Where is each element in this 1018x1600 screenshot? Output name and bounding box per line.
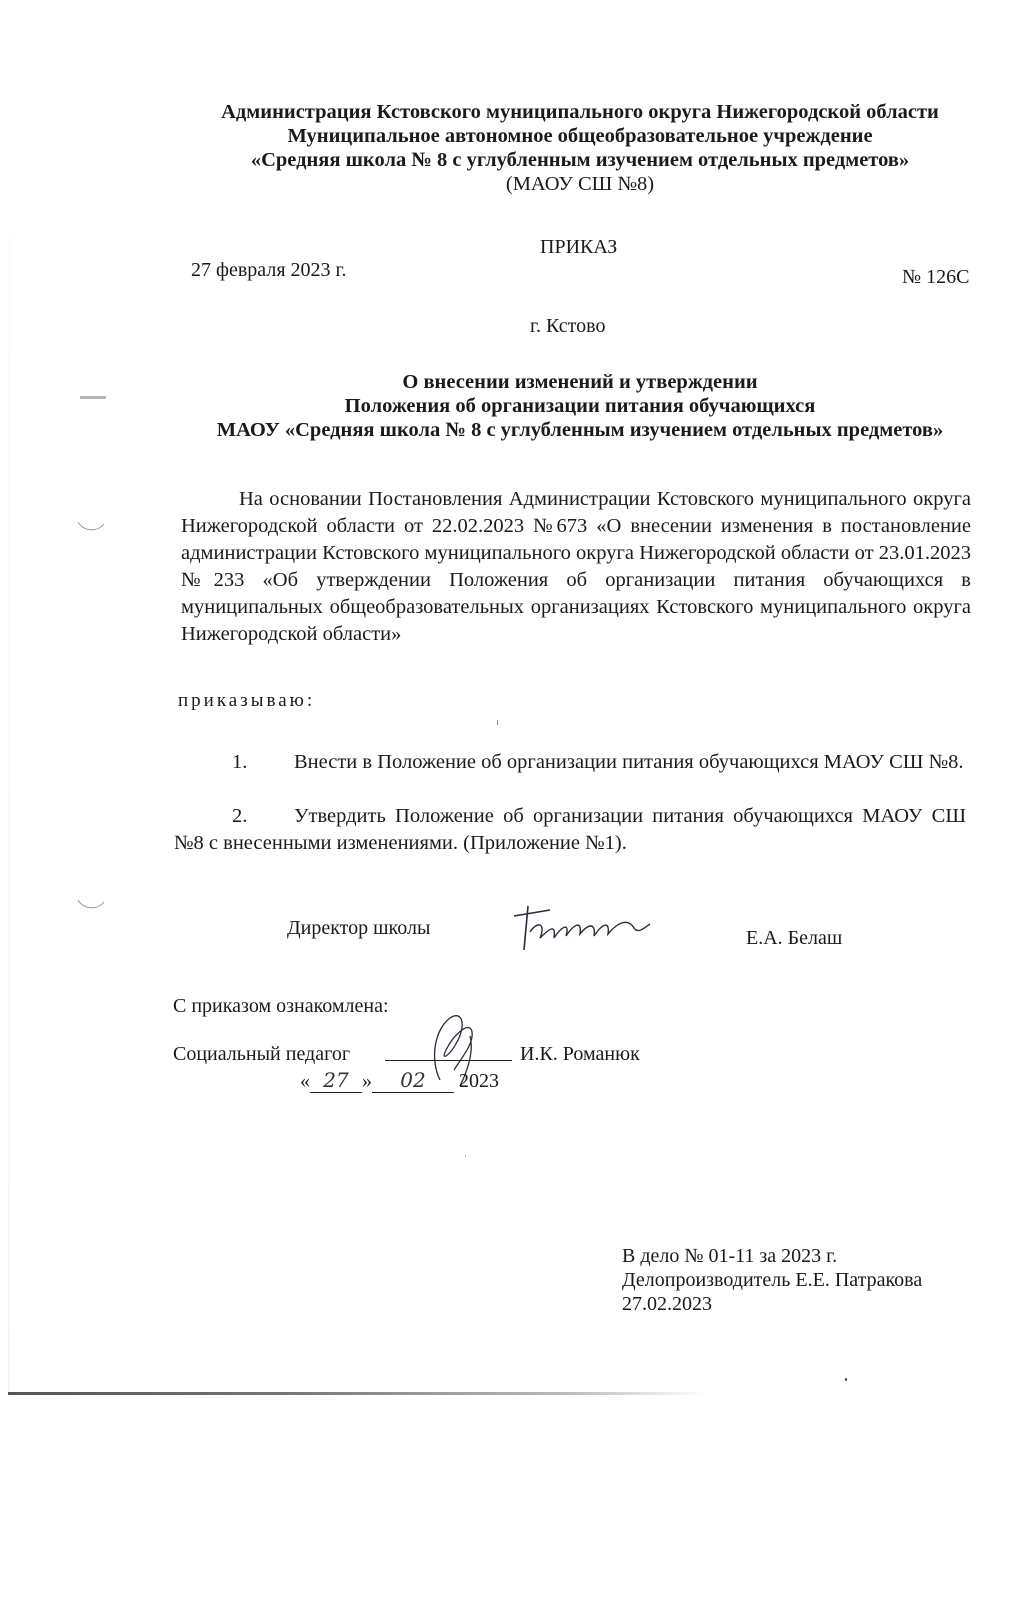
- header-line-administration: Администрация Кстовского муниципального …: [180, 100, 980, 124]
- date-year: 2023: [459, 1070, 499, 1092]
- filing-clerk: Делопроизводитель Е.Е. Патракова: [622, 1268, 922, 1292]
- filing-note: В дело № 01-11 за 2023 г. Делопроизводит…: [622, 1244, 922, 1316]
- command-word: приказываю:: [178, 690, 315, 712]
- director-name: Е.А. Белаш: [746, 927, 842, 950]
- item-number: 2.: [232, 803, 294, 830]
- subject-line-3: МАОУ «Средняя школа № 8 с углубленным из…: [170, 418, 990, 442]
- date-close-quote: »: [362, 1070, 372, 1092]
- order-subject: О внесении изменений и утверждении Полож…: [170, 370, 990, 442]
- date-month: 02: [372, 1068, 454, 1093]
- order-item: 1.Внести в Положение об организации пита…: [174, 749, 966, 776]
- header-abbreviation: (МАОУ СШ №8): [180, 172, 980, 196]
- order-city: г. Кстово: [530, 315, 605, 338]
- pedagogue-signature-date: «27»02 2023: [300, 1068, 499, 1093]
- date-day: 27: [310, 1068, 362, 1093]
- acknowledgement-label: С приказом ознакомлена:: [173, 995, 389, 1018]
- filing-case-number: В дело № 01-11 за 2023 г.: [622, 1244, 922, 1268]
- organization-header: Администрация Кстовского муниципального …: [180, 100, 980, 196]
- item-text: Внести в Положение об организации питани…: [294, 751, 964, 773]
- order-number: № 126С: [902, 266, 969, 289]
- filing-date: 27.02.2023: [622, 1292, 922, 1316]
- pedagogue-label: Социальный педагог: [173, 1043, 350, 1066]
- scan-speck: [497, 720, 498, 725]
- hole-punch-mark-icon: [76, 898, 106, 912]
- item-number: 1.: [232, 749, 294, 776]
- margin-smudge: [80, 396, 106, 399]
- hole-punch-mark-icon: [76, 520, 106, 534]
- page-edge-left: [8, 0, 10, 1395]
- basis-paragraph: На основании Постановления Администрации…: [181, 486, 971, 648]
- subject-line-2: Положения об организации питания обучающ…: [170, 394, 990, 418]
- scan-speck: [845, 1378, 847, 1381]
- pedagogue-name: И.К. Романюк: [520, 1043, 640, 1066]
- order-title: ПРИКАЗ: [540, 236, 617, 259]
- page-edge-bottom: [8, 1392, 708, 1395]
- header-line-school-name: «Средняя школа № 8 с углубленным изучени…: [180, 148, 980, 172]
- scan-speck: [465, 1155, 466, 1157]
- subject-line-1: О внесении изменений и утверждении: [170, 370, 990, 394]
- director-label: Директор школы: [287, 917, 430, 940]
- header-line-institution-type: Муниципальное автономное общеобразовател…: [180, 124, 980, 148]
- director-signature-icon: [510, 898, 660, 963]
- order-date: 27 февраля 2023 г.: [191, 259, 346, 282]
- order-item: 2.Утвердить Положение об организации пит…: [174, 803, 966, 857]
- date-open-quote: «: [300, 1070, 310, 1092]
